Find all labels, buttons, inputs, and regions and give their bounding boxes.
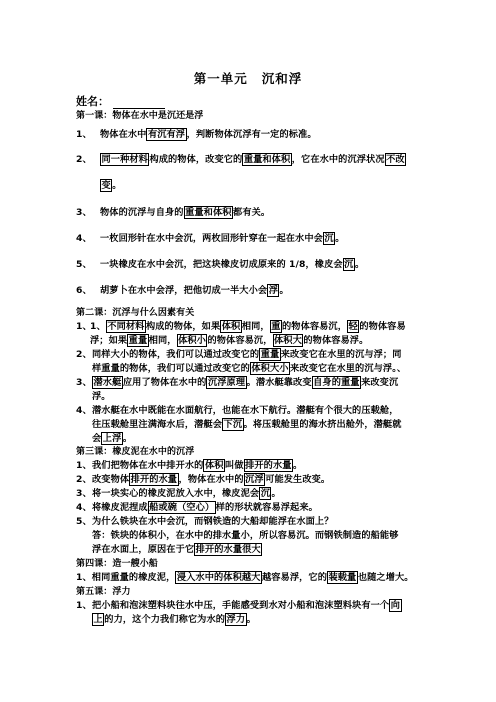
line-text: 的力，这个力我们称它为水的 xyxy=(104,614,225,625)
item-number: 1、 xyxy=(76,129,92,141)
worksheet-line: 上的力，这个力我们称它为水的浮力。 xyxy=(92,614,256,626)
line-text: 的物体容易 xyxy=(359,321,405,332)
answer-box: 体积 xyxy=(203,459,225,472)
worksheet-line: 同样大小的物体，我们可以通过改变它的重量来改变它在水里的沉与浮；同 xyxy=(92,349,402,361)
line-text: 也随之增大。 xyxy=(358,572,414,583)
line-text: 浮；如果 xyxy=(90,335,127,346)
answer-box: 不改 xyxy=(385,153,407,166)
answer-box: 变 xyxy=(100,179,112,192)
worksheet-line: 将一块实心的橡皮泥放入水中，橡皮泥会沉。 xyxy=(92,488,281,500)
item-number: 2、 xyxy=(76,474,92,486)
answer-box: 轻 xyxy=(347,320,359,333)
line-text: 的物体容易沉， xyxy=(207,335,272,346)
worksheet-line: 把小船和泡沫塑料块往水中压，手能感受到水对小船和泡沫塑料块有一个向 xyxy=(92,600,402,612)
line-text: 一块橡皮在水中会沉，把这块橡皮切成原来的 1/8，橡皮会 xyxy=(100,259,343,270)
worksheet-line: 潜水艇应用了物体在水中的沉浮原理。潜水艇靠改变自身的重量来改变沉 xyxy=(92,377,398,389)
answer-box: 沉 xyxy=(343,258,355,271)
line-text: 同样大小的物体，我们可以通过改变它的 xyxy=(92,349,259,360)
line-text: 把小船和泡沫塑料块往水中压，手能感受到水对小船和泡沫塑料块有一个 xyxy=(92,600,389,611)
worksheet-line: 同一种材料构成的物体，改变它的重量和体积，它在水中的沉浮状况不改 xyxy=(100,154,406,166)
line-text: 越容易浮，它的 xyxy=(262,572,327,583)
answer-box: 重量 xyxy=(127,334,149,347)
item-number: 5、 xyxy=(76,516,92,528)
line-text: 浮。 xyxy=(92,391,111,402)
line-text: 。 xyxy=(279,285,288,296)
answer-box: 重量和体积 xyxy=(184,206,233,219)
item-number: 4、 xyxy=(76,405,92,417)
answer-box: 排开的水量 xyxy=(244,459,293,472)
worksheet-line: 潜水艇在水中既能在水面航行，也能在水下航行。潜艇有个很大的压载舱， xyxy=(92,405,399,417)
lesson-heading: 第二课：沉浮与什么因素有关 xyxy=(76,307,194,319)
line-text: 我们把物体在水中排开水的 xyxy=(92,460,203,471)
line-text: 胡萝卜在水中会浮，把他切成一半大小会 xyxy=(100,285,267,296)
line-text: 将一块实心的橡皮泥放入水中，橡皮泥会 xyxy=(92,488,259,499)
line-text: 答：铁块的体积小，在水中的排水量小，所以容易沉。而钢铁制造的船能够 xyxy=(92,530,399,541)
line-text: 1、相同重量的橡皮泥， xyxy=(76,572,175,583)
answer-box: 体积 xyxy=(220,320,242,333)
name-field: 姓名： xyxy=(76,93,165,109)
worksheet-line: 浮。 xyxy=(92,391,111,403)
line-text: 相同， xyxy=(242,321,270,332)
line-text: 物体的沉浮与自身的 xyxy=(100,207,184,218)
answer-box: 浸入水中的体积越大 xyxy=(175,571,262,584)
item-number: 1、 xyxy=(76,460,92,472)
answer-box: 沉 xyxy=(259,487,271,500)
line-text: 构成的物体，如果 xyxy=(146,321,220,332)
answer-box: 排开的水量 xyxy=(129,473,178,486)
item-number: 5、 xyxy=(76,259,92,271)
line-text: 一枚回形针在水中会沉，两枚回形针穿在一起在水中会 xyxy=(100,233,323,244)
answer-box: 体积大小 xyxy=(250,362,290,375)
lesson-heading: 第一课：物体在水中是沉还是浮 xyxy=(76,110,203,122)
answer-box: 有沉有浮 xyxy=(146,128,186,141)
worksheet-line: 为什么铁块在水中会沉，而钢铁造的大船却能浮在水面上？ xyxy=(92,516,333,528)
answer-box: 船或碗（空心） xyxy=(148,501,216,514)
answer-box: 装载量 xyxy=(327,571,358,584)
line-text: 物体在水中 xyxy=(100,129,146,140)
worksheet-line: 胡萝卜在水中会浮，把他切成一半大小会浮。 xyxy=(100,285,289,297)
worksheet-line: 往压载舱里注满海水后，潜艇会下沉。将压载舱里的海水挤出舱外，潜艇就 xyxy=(92,419,402,431)
item-number: 2、 xyxy=(76,154,92,166)
answer-box: 同一种材料 xyxy=(100,153,149,166)
worksheet-line: 样重量的物体，我们可以通过改变它的体积大小来改变它在水里的沉与浮。、 xyxy=(92,363,406,375)
item-number: 3、 xyxy=(76,377,92,389)
line-text: 。 xyxy=(271,488,280,499)
line-text: ，物体在水中的 xyxy=(179,474,244,485)
worksheet-line: 变。 xyxy=(100,180,122,192)
worksheet-line: 一块橡皮在水中会沉，把这块橡皮切成原来的 1/8，橡皮会沉。 xyxy=(100,259,364,271)
line-text: 的物体容易浮。 xyxy=(303,335,368,346)
line-text: 来改变它在水里的沉与浮。、 xyxy=(290,363,406,374)
answer-box: 向 xyxy=(389,599,401,612)
worksheet-line: 浮在水面上，原因在于它排开的水量很大 xyxy=(92,544,262,556)
line-text: 都有关。 xyxy=(233,207,270,218)
line-text: 来改变沉 xyxy=(361,377,398,388)
line-text: 。 xyxy=(355,259,364,270)
line-text: 。 xyxy=(123,433,132,444)
answer-box: 重量 xyxy=(259,348,281,361)
answer-box: 下沉 xyxy=(222,418,244,431)
answer-box: 不同材料 xyxy=(106,320,146,333)
answer-box: 沉浮原理 xyxy=(206,376,246,389)
answer-box: 排开的水量很大 xyxy=(194,543,262,556)
line-text: 来改变它在水里的沉与浮；同 xyxy=(281,349,402,360)
line-text: 。潜水艇靠改变 xyxy=(247,377,312,388)
answer-box: 浮 xyxy=(267,284,279,297)
line-text: 叫做 xyxy=(225,460,244,471)
unit-topic: 沉和浮 xyxy=(262,71,303,86)
document-page: 第一单元沉和浮 姓名： 第一课：物体在水中是沉还是浮1、物体在水中有沉有浮，判断… xyxy=(0,0,496,702)
item-number: 6、 xyxy=(76,285,92,297)
worksheet-line: 会上浮。 xyxy=(92,433,132,445)
line-text: 的物体容易沉， xyxy=(282,321,347,332)
name-blank-line[interactable] xyxy=(113,97,165,109)
name-label: 姓名： xyxy=(76,95,109,108)
lesson-heading: 第四课：造一艘小船 xyxy=(76,558,158,570)
line-text: 。 xyxy=(335,233,344,244)
worksheet-line: 1、不同材料构成的物体，如果体积相同，重的物体容易沉，轻的物体容易 xyxy=(90,321,406,333)
answer-box: 重量和体积 xyxy=(242,153,291,166)
worksheet-line: 将橡皮泥捏成船或碗（空心）样的形状就容易浮起来。 xyxy=(92,502,318,514)
answer-box: 重 xyxy=(270,320,282,333)
line-text: 可能发生改变。 xyxy=(265,474,330,485)
worksheet-line: 改变物体排开的水量，物体在水中的沉浮可能发生改变。 xyxy=(92,474,330,486)
line-text: 浮在水面上，原因在于它 xyxy=(92,544,194,555)
item-number: 4、 xyxy=(76,502,92,514)
line-text: 潜水艇在水中既能在水面航行，也能在水下航行。潜艇有个很大的压载舱， xyxy=(92,405,399,416)
lesson-heading: 第三课：橡皮泥在水中的沉浮 xyxy=(76,446,194,458)
line-text: ，它在水中的沉浮状况 xyxy=(292,154,385,165)
item-number: 2、 xyxy=(76,349,92,361)
line-text: ，判断物体沉浮有一定的标准。 xyxy=(187,129,317,140)
line-text: 样的形状就容易浮起来。 xyxy=(216,502,318,513)
answer-box: 沉浮 xyxy=(244,473,266,486)
worksheet-line: 浮；如果重量相同，体积小的物体容易沉，体积大的物体容易浮。 xyxy=(90,335,368,347)
line-text: 相同， xyxy=(149,335,177,346)
page-title: 第一单元沉和浮 xyxy=(0,69,496,87)
worksheet-line: 物体在水中有沉有浮，判断物体沉浮有一定的标准。 xyxy=(100,129,317,141)
answer-box: 体积大 xyxy=(273,334,304,347)
line-text: 会 xyxy=(92,433,101,444)
worksheet-line: 1、相同重量的橡皮泥，浸入水中的体积越大越容易浮，它的装载量也随之增大。 xyxy=(76,572,414,584)
line-text: 。 xyxy=(112,180,121,191)
answer-box: 自身的重量 xyxy=(312,376,361,389)
lesson-heading: 第五课：浮力 xyxy=(76,586,131,598)
line-text: 为什么铁块在水中会沉，而钢铁造的大船却能浮在水面上？ xyxy=(92,516,333,527)
worksheet-line: 我们把物体在水中排开水的体积叫做排开的水量。 xyxy=(92,460,302,472)
line-text: 样重量的物体，我们可以通过改变它的 xyxy=(92,363,250,374)
item-number: 4、 xyxy=(76,233,92,245)
answer-box: 上 xyxy=(92,613,104,626)
answer-box: 体积小 xyxy=(177,334,208,347)
line-text: 1、 xyxy=(90,321,106,332)
answer-box: 上浮 xyxy=(101,432,123,445)
item-number: 3、 xyxy=(76,488,92,500)
line-text: 。 xyxy=(293,460,302,471)
worksheet-line: 答：铁块的体积小，在水中的排水量小，所以容易沉。而钢铁制造的船能够 xyxy=(92,530,399,542)
line-text: 改变物体 xyxy=(92,474,129,485)
item-number: 3、 xyxy=(76,207,92,219)
answer-box: 浮力 xyxy=(225,613,247,626)
answer-box: 沉 xyxy=(323,232,335,245)
worksheet-line: 一枚回形针在水中会沉，两枚回形针穿在一起在水中会沉。 xyxy=(100,233,345,245)
item-number: 1、 xyxy=(76,600,92,612)
line-text: 。将压载舱里的海水挤出舱外，潜艇就 xyxy=(244,419,402,430)
line-text: 。 xyxy=(247,614,256,625)
line-text: 构成的物体，改变它的 xyxy=(149,154,242,165)
answer-box: 潜水艇 xyxy=(92,376,123,389)
line-text: 将橡皮泥捏成 xyxy=(92,502,148,513)
unit-label: 第一单元 xyxy=(194,71,248,86)
line-text: 应用了物体在水中的 xyxy=(123,377,207,388)
worksheet-line: 物体的沉浮与自身的重量和体积都有关。 xyxy=(100,207,270,219)
line-text: 往压载舱里注满海水后，潜艇会 xyxy=(92,419,222,430)
